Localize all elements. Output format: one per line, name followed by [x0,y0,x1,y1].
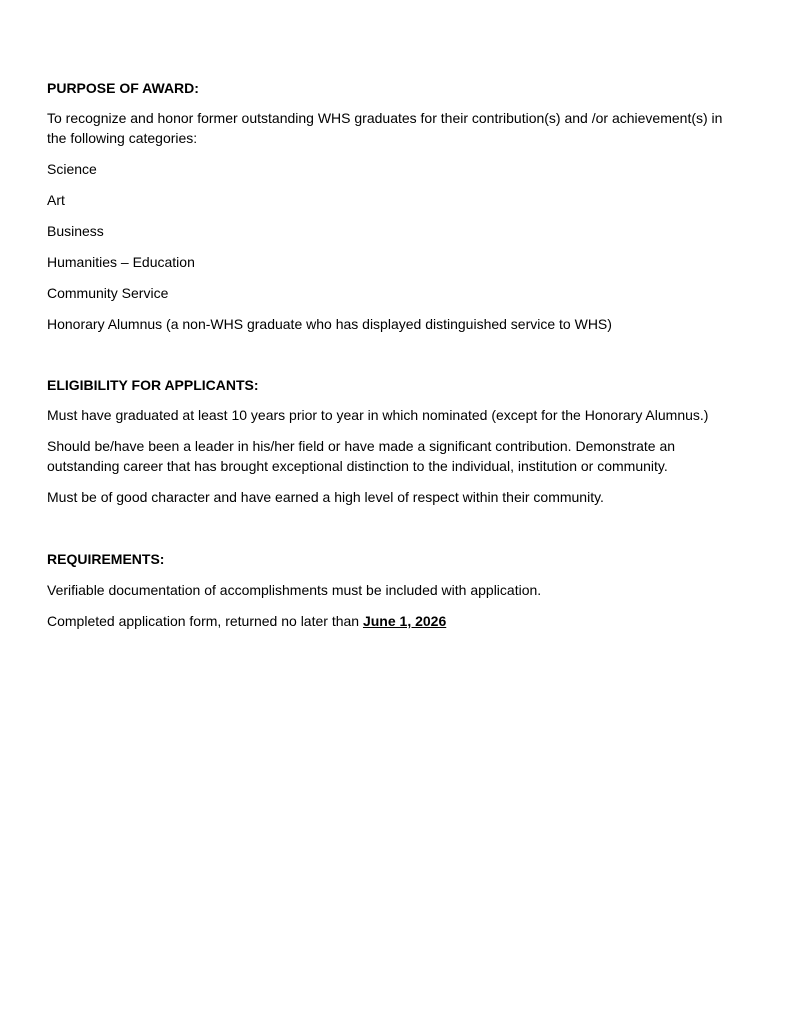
requirements-item-2-text: Completed application form, returned no … [47,613,363,629]
eligibility-item-1: Must have graduated at least 10 years pr… [47,405,708,425]
deadline-date: June 1, 2026 [363,613,446,629]
requirements-item-1: Verifiable documentation of accomplishme… [47,580,541,600]
eligibility-heading: ELIGIBILITY FOR APPLICANTS: [47,375,259,395]
requirements-item-2: Completed application form, returned no … [47,611,446,631]
category-art: Art [47,190,65,210]
purpose-intro-line1: To recognize and honor former outstandin… [47,108,722,128]
category-community-service: Community Service [47,283,168,303]
purpose-heading: PURPOSE OF AWARD: [47,78,199,98]
category-business: Business [47,221,104,241]
eligibility-item-2-line1: Should be/have been a leader in his/her … [47,436,675,456]
eligibility-item-3: Must be of good character and have earne… [47,487,604,507]
eligibility-item-2-line2: outstanding career that has brought exce… [47,456,668,476]
category-humanities: Humanities – Education [47,252,195,272]
category-science: Science [47,159,97,179]
purpose-intro-line2: the following categories: [47,128,197,148]
requirements-heading: REQUIREMENTS: [47,549,164,569]
category-honorary-alumnus: Honorary Alumnus (a non-WHS graduate who… [47,314,612,334]
